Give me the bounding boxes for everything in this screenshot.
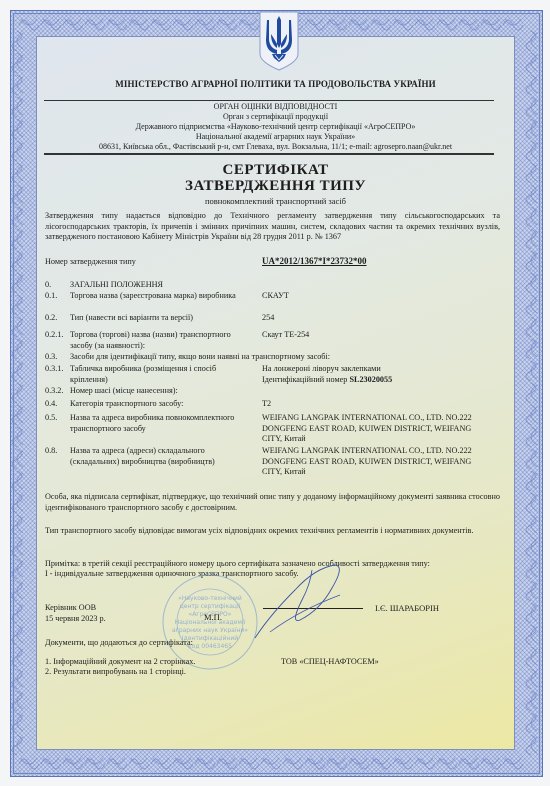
- note-line-1: Примітка: в третій секції реєстраційного…: [45, 559, 430, 570]
- svg-text:«Науково-технічний: «Науково-технічний: [178, 595, 242, 602]
- statement-paragraph-2: Тип транспортного засобу відповідає вимо…: [45, 526, 500, 537]
- section-label: Торгова назва (зареєстрована марка) виро…: [70, 291, 245, 302]
- section-number: 0.2.1.: [45, 330, 63, 341]
- id-value: SL23020055: [349, 375, 392, 384]
- section-number: 0.4.: [45, 399, 57, 410]
- id-label: Ідентифікаційний номер: [262, 375, 349, 384]
- vehicle-type-label: повнокомплектний транспортний засіб: [37, 196, 514, 207]
- attachment-item: 2. Результати випробувань на 1 сторінці.: [45, 667, 186, 678]
- identification-number: Ідентифікаційний номер SL23020055: [262, 375, 487, 386]
- section-label: Назва та адреса (адреси) складального (с…: [70, 446, 240, 467]
- handwritten-signature: [240, 560, 370, 640]
- section-value: Скаут ТЕ-254: [262, 330, 487, 341]
- section-number: 0.2.: [45, 313, 57, 324]
- section-value: WEIFANG LANGPAK INTERNATIONAL CO., LTD. …: [262, 413, 487, 445]
- ukraine-trident-emblem-icon: [258, 10, 300, 72]
- section-label: Табличка виробника (розміщення і спосіб …: [70, 364, 245, 385]
- applicant-name: ТОВ «СПЕЦ-НАФТОСЕМ»: [281, 657, 379, 668]
- seal-label: М.П.: [204, 612, 222, 623]
- signature-date: 15 червня 2023 р.: [45, 614, 106, 625]
- section-number: 0.5.: [45, 413, 57, 424]
- section-label: Назва та адреса виробника повнокомплектн…: [70, 413, 255, 434]
- signatory-position: Керівник ООВ: [45, 603, 96, 614]
- section-number: 0.3.2.: [45, 386, 63, 397]
- certificate-subtitle: ЗАТВЕРДЖЕННЯ ТИПУ: [37, 178, 514, 194]
- certificate-title: СЕРТИФІКАТ: [37, 162, 514, 178]
- section-label: Торгова (торгові) назва (назви) транспор…: [70, 330, 255, 351]
- approval-number-label: Номер затвердження типу: [45, 257, 136, 268]
- svg-text:аграрних наук України»: аграрних наук України»: [172, 627, 248, 634]
- section-label: Тип (навести всі варіанти та версії): [70, 313, 250, 324]
- section-value: На лонжероні ліворуч заклепками: [262, 364, 487, 375]
- section-number: 0.3.: [45, 352, 57, 363]
- ministry-name: МІНІСТЕРСТВО АГРАРНОЇ ПОЛІТИКИ ТА ПРОДОВ…: [37, 79, 514, 90]
- section-number: 0.3.1.: [45, 364, 63, 375]
- section-value: СКАУТ: [262, 291, 487, 302]
- divider: [44, 100, 494, 101]
- section-value: T2: [262, 399, 487, 410]
- section-value: WEIFANG LANGPAK INTERNATIONAL CO., LTD. …: [262, 446, 487, 478]
- section-label: Засоби для ідентифікації типу, якщо вони…: [70, 352, 490, 363]
- section-label: Номер шасі (місце нанесення):: [70, 386, 250, 397]
- section-number: 0.1.: [45, 291, 57, 302]
- section-heading: ЗАГАЛЬНІ ПОЛОЖЕННЯ: [70, 280, 250, 291]
- section-label: Категорія транспортного засобу:: [70, 399, 250, 410]
- svg-text:код 00463465: код 00463465: [188, 643, 232, 650]
- divider: [44, 153, 494, 155]
- svg-text:центр сертифікації: центр сертифікації: [180, 603, 241, 610]
- intro-paragraph: Затвердження типу надається відповідно д…: [45, 211, 500, 243]
- approval-number: UA*2012/1367*I*23732*00: [262, 256, 367, 266]
- statement-paragraph-1: Особа, яка підписала сертифікат, підтвер…: [45, 492, 500, 513]
- section-value: 254: [262, 313, 487, 324]
- org-line-4: Національної академії аграрних наук Укра…: [37, 132, 514, 142]
- org-line-2: Орган з сертифікації продукції: [37, 112, 514, 122]
- section-number: 0.8.: [45, 446, 57, 457]
- signatory-name: І.Є. ШАРАБОРІН: [375, 603, 439, 614]
- org-line-1: ОРГАН ОЦІНКИ ВІДПОВІДНОСТІ: [37, 102, 514, 112]
- org-line-3: Державного підприємства «Науково-технічн…: [37, 122, 514, 132]
- section-number: 0.: [45, 280, 51, 291]
- org-address: 08631, Київська обл., Фастівський р-н, с…: [37, 142, 514, 152]
- attachments-heading: Документи, що додаються до сертифіката:: [45, 638, 193, 649]
- attachment-item: 1. Інформаційний документ на 2 сторінках…: [45, 657, 195, 668]
